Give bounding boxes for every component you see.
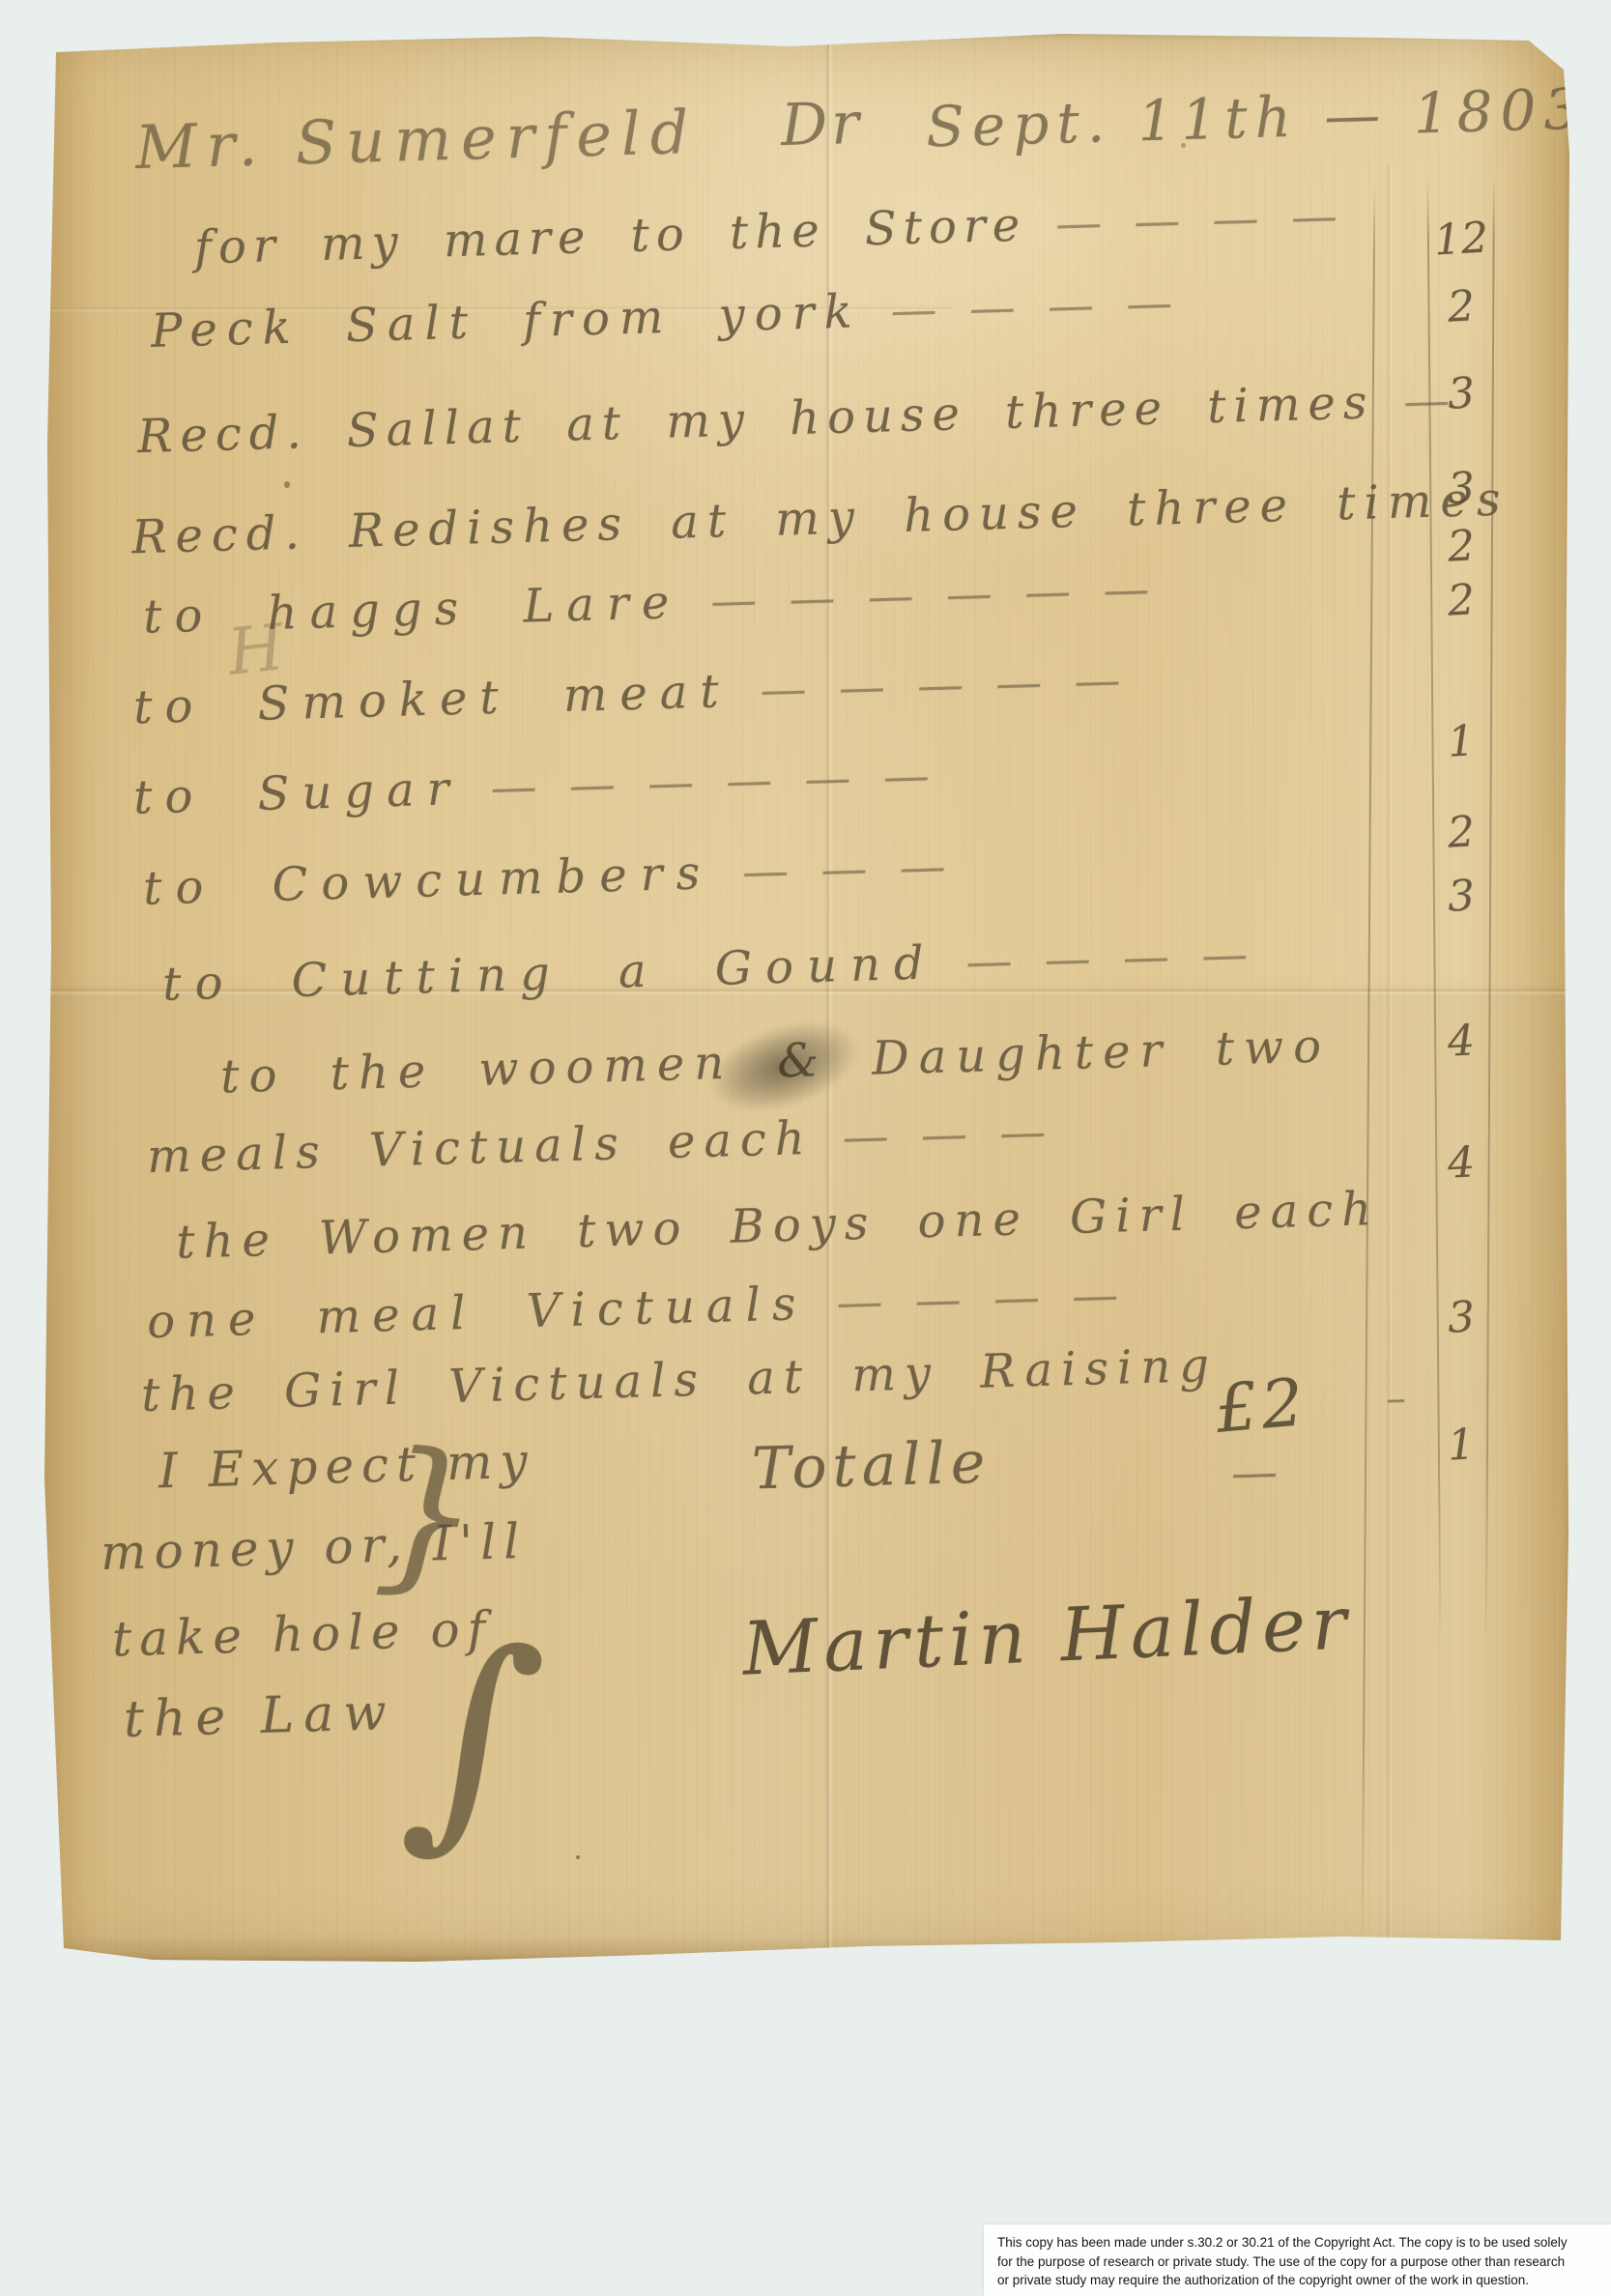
entry-dashes: — — — — — —: [709, 561, 1158, 628]
entry-text: one meal Victuals: [146, 1277, 808, 1349]
column-dash: —: [1230, 1445, 1279, 1500]
entry-line: for my mare to the Store— — — —: [193, 188, 1345, 274]
entry-dashes: — — — —: [890, 275, 1181, 337]
entry-line: Recd. Sallat at my house three times—: [136, 373, 1458, 464]
amount-cell: 2: [1429, 520, 1494, 572]
paper-speck: [284, 481, 290, 488]
column-rule-left: [1362, 188, 1376, 1937]
note-line: the Law: [123, 1683, 396, 1749]
paper-speck: [1181, 143, 1186, 148]
amount-cell: 3: [1429, 367, 1494, 419]
entry-line: to Sugar— — — — — —: [132, 748, 937, 824]
amount-cell: 2: [1429, 280, 1494, 332]
pen-flourish: H: [224, 610, 287, 690]
entry-dashes: [1538, 472, 1539, 526]
entry-text: to haggs Lare: [142, 575, 682, 645]
entry-text: to Cutting a Gound: [161, 935, 937, 1011]
amount-cell: 1: [1429, 1419, 1494, 1471]
entry-line: to Cutting a Gound— — — —: [161, 927, 1255, 1012]
entry-dashes: — — — —: [965, 927, 1256, 989]
entry-text: to Smoket meat: [132, 664, 732, 734]
entry-dashes: [1408, 1181, 1410, 1235]
total-currency: £2: [1213, 1364, 1310, 1449]
note-brace-upper: }: [370, 1416, 484, 1612]
entry-dashes: — — — —: [1054, 188, 1345, 250]
entry-dashes: — — — — —: [760, 653, 1129, 718]
entry-text: meals Victuals each: [146, 1111, 814, 1184]
amount-cell: 4: [1429, 1136, 1494, 1189]
scanned-document: Mr. Sumerfeld Dr Sept. 11th — 1803 for m…: [0, 0, 1611, 2296]
amount-cell: 4: [1429, 1015, 1494, 1067]
entry-text: Recd. Sallat at my house three times: [136, 375, 1375, 464]
entry-text: to Sugar: [132, 761, 462, 824]
entry-dashes: — — —: [842, 1105, 1054, 1164]
amount-cell: 3: [1429, 1291, 1494, 1343]
entry-line: Peck Salt from york— — — —: [150, 275, 1181, 359]
entry-line: the Girl Victuals at my Raising: [140, 1337, 1247, 1422]
amount-cell: 3: [1429, 462, 1494, 514]
debtor-name: Mr. Sumerfeld: [134, 97, 699, 183]
amount-cell: 2: [1429, 806, 1494, 858]
right-fold-crease: [1386, 164, 1394, 1962]
entry-dashes: — — — —: [836, 1268, 1127, 1330]
entry-text: to Cowcumbers: [142, 846, 714, 915]
header-date: Sept. 11th — 1803: [925, 75, 1588, 159]
entry-text: Peck Salt from york: [150, 284, 862, 359]
entry-line: to haggs Lare— — — — — —: [142, 561, 1158, 644]
entry-line: the Women two Boys one Girl each: [175, 1181, 1409, 1270]
entry-line: Recd. Redishes at my house three times: [131, 472, 1539, 565]
amount-cell: 2: [1429, 574, 1494, 626]
paper-speck: [576, 1855, 580, 1859]
entry-text: the Women two Boys one Girl each: [175, 1182, 1380, 1270]
entry-dashes: [1359, 1019, 1361, 1073]
stamp-line: This copy has been made under s.30.2 or …: [997, 2233, 1601, 2253]
copyright-stamp: This copy has been made under s.30.2 or …: [984, 2224, 1611, 2296]
amount-cell: 12: [1429, 213, 1494, 265]
entry-text: the Girl Victuals at my Raising: [140, 1338, 1218, 1422]
total-label: Totalle: [751, 1429, 992, 1504]
entry-text: Recd. Redishes at my house three times: [131, 473, 1510, 565]
entry-line: meals Victuals each— — —: [146, 1105, 1053, 1184]
amount-cell: 3: [1429, 870, 1494, 922]
amount-cell: 1: [1429, 715, 1494, 767]
entry-text: for my mare to the Store: [193, 198, 1026, 275]
entry-dashes: — — — — — —: [490, 748, 938, 815]
ledger-paper: Mr. Sumerfeld Dr Sept. 11th — 1803 for m…: [35, 29, 1571, 1962]
stamp-line: or private study may require the authori…: [997, 2271, 1601, 2290]
header-dr-abbreviation: Dr: [780, 90, 864, 159]
column-dash: –: [1385, 1374, 1406, 1422]
entry-dashes: — — —: [741, 839, 954, 899]
entry-line: one meal Victuals— — — —: [146, 1268, 1126, 1349]
stamp-line: for the purpose of research or private s…: [997, 2253, 1601, 2272]
